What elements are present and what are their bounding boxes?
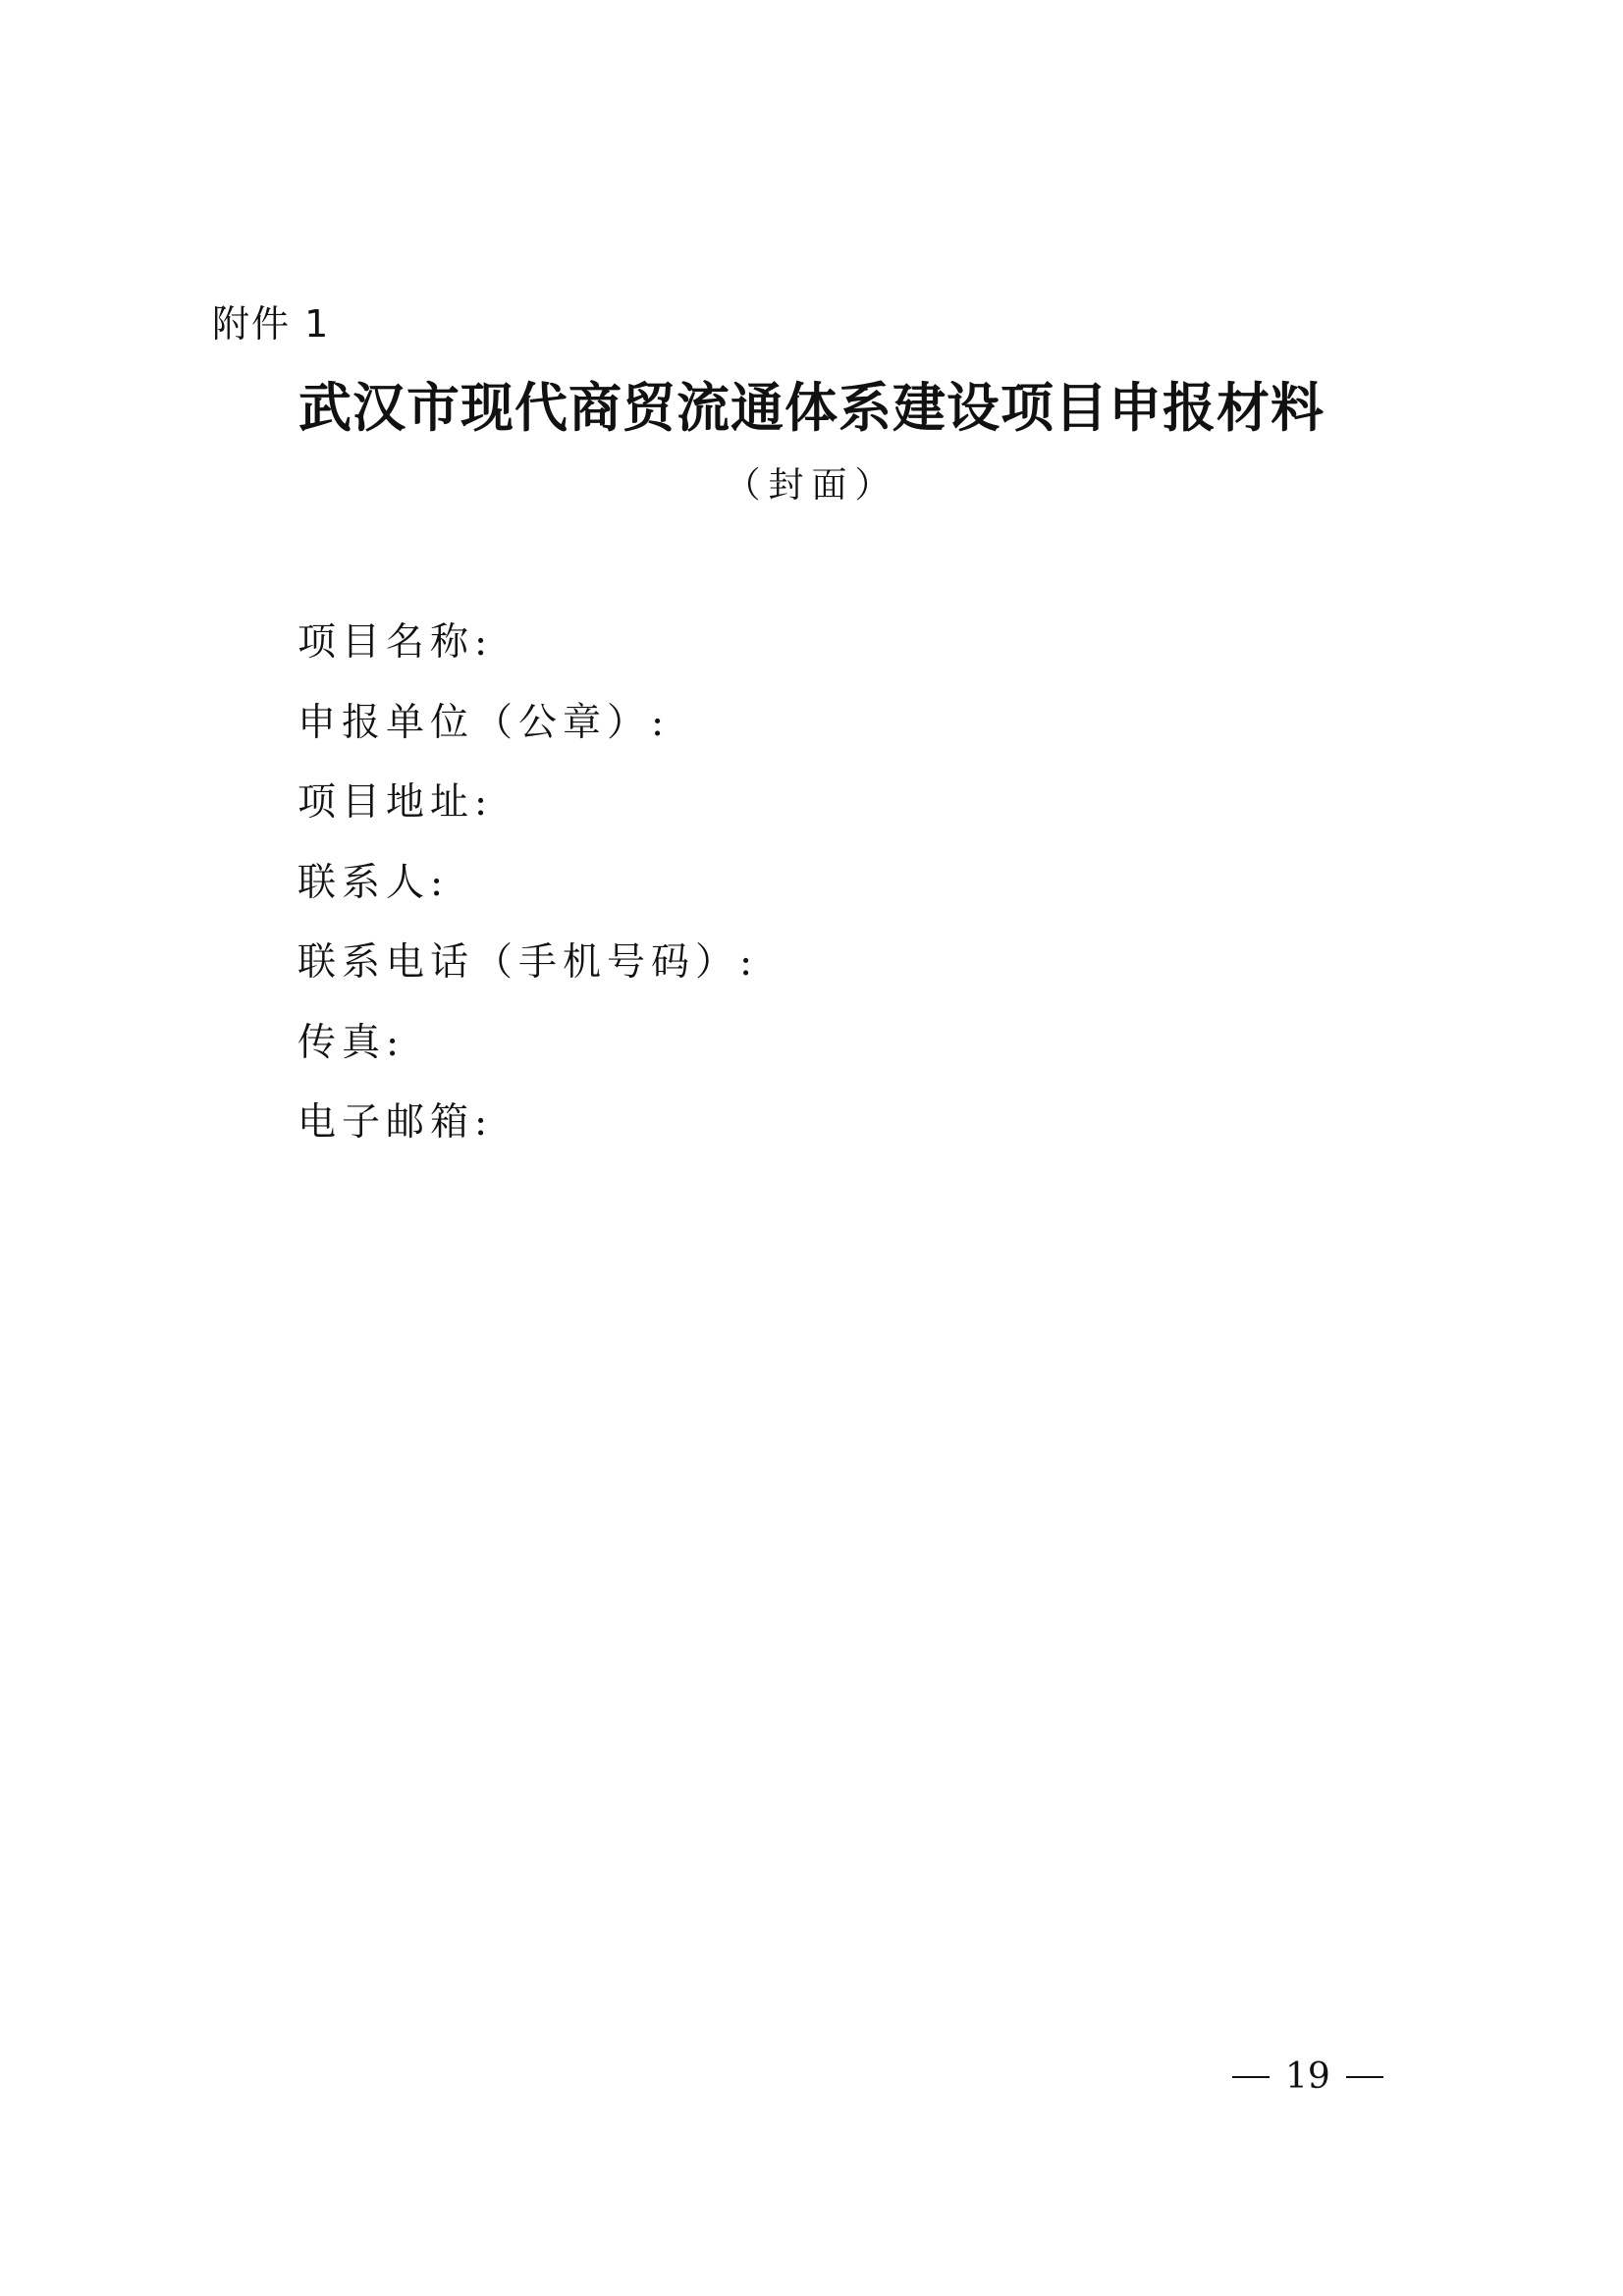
field-contact-person: 联系人: [298,859,758,939]
field-fax: 传真: [298,1019,758,1099]
field-project-name: 项目名称: [298,618,758,699]
field-applicant-unit: 申报单位（公章）: [298,699,758,779]
field-email: 电子邮箱: [298,1098,758,1179]
attachment-label: 附件 1 [212,299,330,348]
cover-field-list: 项目名称: 申报单位（公章）: 项目地址: 联系人: 联系电话（手机号码）: 传… [298,618,758,1179]
left-dash-divider [1232,2076,1270,2078]
page-number-footer: 19 [1232,2056,1383,2099]
field-contact-phone: 联系电话（手机号码）: [298,938,758,1019]
page-number: 19 [1285,2056,1330,2099]
document-subtitle: （封面） [0,461,1623,510]
field-project-address: 项目地址: [298,778,758,859]
right-dash-divider [1346,2076,1383,2078]
document-title: 武汉市现代商贸流通体系建设项目申报材料 [0,373,1623,442]
document-page: 附件 1 武汉市现代商贸流通体系建设项目申报材料 （封面） 项目名称: 申报单位… [0,0,1623,2296]
